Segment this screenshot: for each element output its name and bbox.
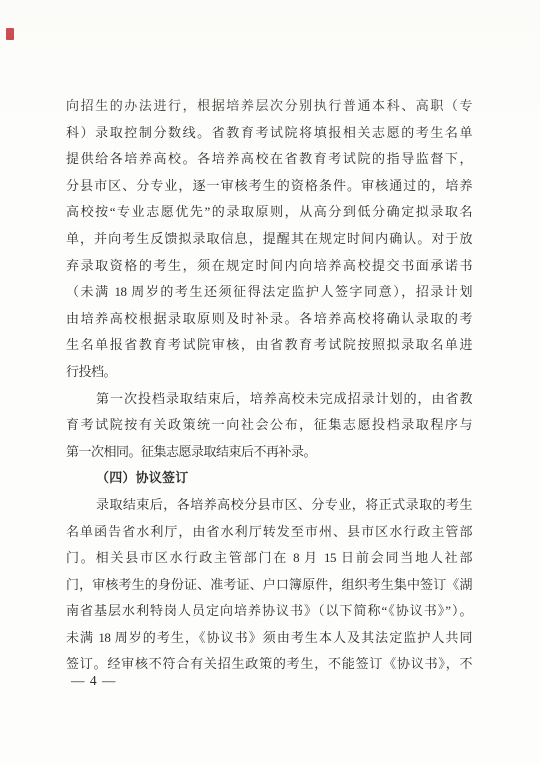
- text-line: 签订。经审核不符合有关招生政策的考生，不能签订《协议书》，不: [66, 651, 472, 678]
- text-line: 南省基层水利特岗人员定向培养协议书》（以下简称“《协议书》”）。: [66, 598, 472, 625]
- text-line: 门，审核考生的身份证、准考证、户口簿原件，组织考生集中签订《湖: [66, 572, 472, 599]
- text-line: 提供给各培养高校。各培养高校在省教育考试院的指导监督下，: [66, 146, 472, 173]
- paragraph-end-line: 行投档。: [66, 359, 472, 386]
- section-heading: （四）协议签订: [66, 465, 472, 492]
- text-line: 单，并向考生反馈拟录取信息，提醒其在规定时间内确认。对于放: [66, 226, 472, 253]
- document-text-block: 向招生的办法进行，根据培养层次分别执行普通本科、高职（专 科）录取控制分数线。省…: [66, 93, 472, 678]
- text-line: 生名单报省教育考试院审核，由省教育考试院按照拟录取名单进: [66, 332, 472, 359]
- text-line: 向招生的办法进行，根据培养层次分别执行普通本科、高职（专: [66, 93, 472, 120]
- page-number: — 4 —: [71, 673, 117, 689]
- text-line: 由培养高校根据录取原则及时补录。各培养高校将确认录取的考: [66, 306, 472, 333]
- text-line: （未满 18 周岁的考生还须征得法定监护人签字同意），招录计划: [66, 279, 472, 306]
- document-page: 向招生的办法进行，根据培养层次分别执行普通本科、高职（专 科）录取控制分数线。省…: [0, 0, 540, 763]
- paragraph-start-line: 第一次投档录取结束后，培养高校未完成招录计划的，由省教: [66, 386, 472, 413]
- text-line: 育考试院按有关政策统一向社会公布，征集志愿投档录取程序与: [66, 412, 472, 439]
- text-line: 弃录取资格的考生，须在规定时间内向培养高校提交书面承诺书: [66, 253, 472, 280]
- text-line: 门。相关县市区水行政主管部门在 8 月 15 日前会同当地人社部: [66, 545, 472, 572]
- paragraph-end-line: 第一次相同。征集志愿录取结束后不再补录。: [66, 439, 472, 466]
- red-mark: [6, 28, 14, 40]
- text-line: 未满 18 周岁的考生，《协议书》须由考生本人及其法定监护人共同: [66, 625, 472, 652]
- text-line: 科）录取控制分数线。省教育考试院将填报相关志愿的考生名单: [66, 120, 472, 147]
- text-line: 分县市区、分专业，逐一审核考生的资格条件。审核通过的，培养: [66, 173, 472, 200]
- text-line: 高校按“专业志愿优先”的录取原则，从高分到低分确定拟录取名: [66, 199, 472, 226]
- paragraph-start-line: 录取结束后，各培养高校分县市区、分专业，将正式录取的考生: [66, 492, 472, 519]
- text-line: 名单函告省水利厅，由省水利厅转发至市州、县市区水行政主管部: [66, 519, 472, 546]
